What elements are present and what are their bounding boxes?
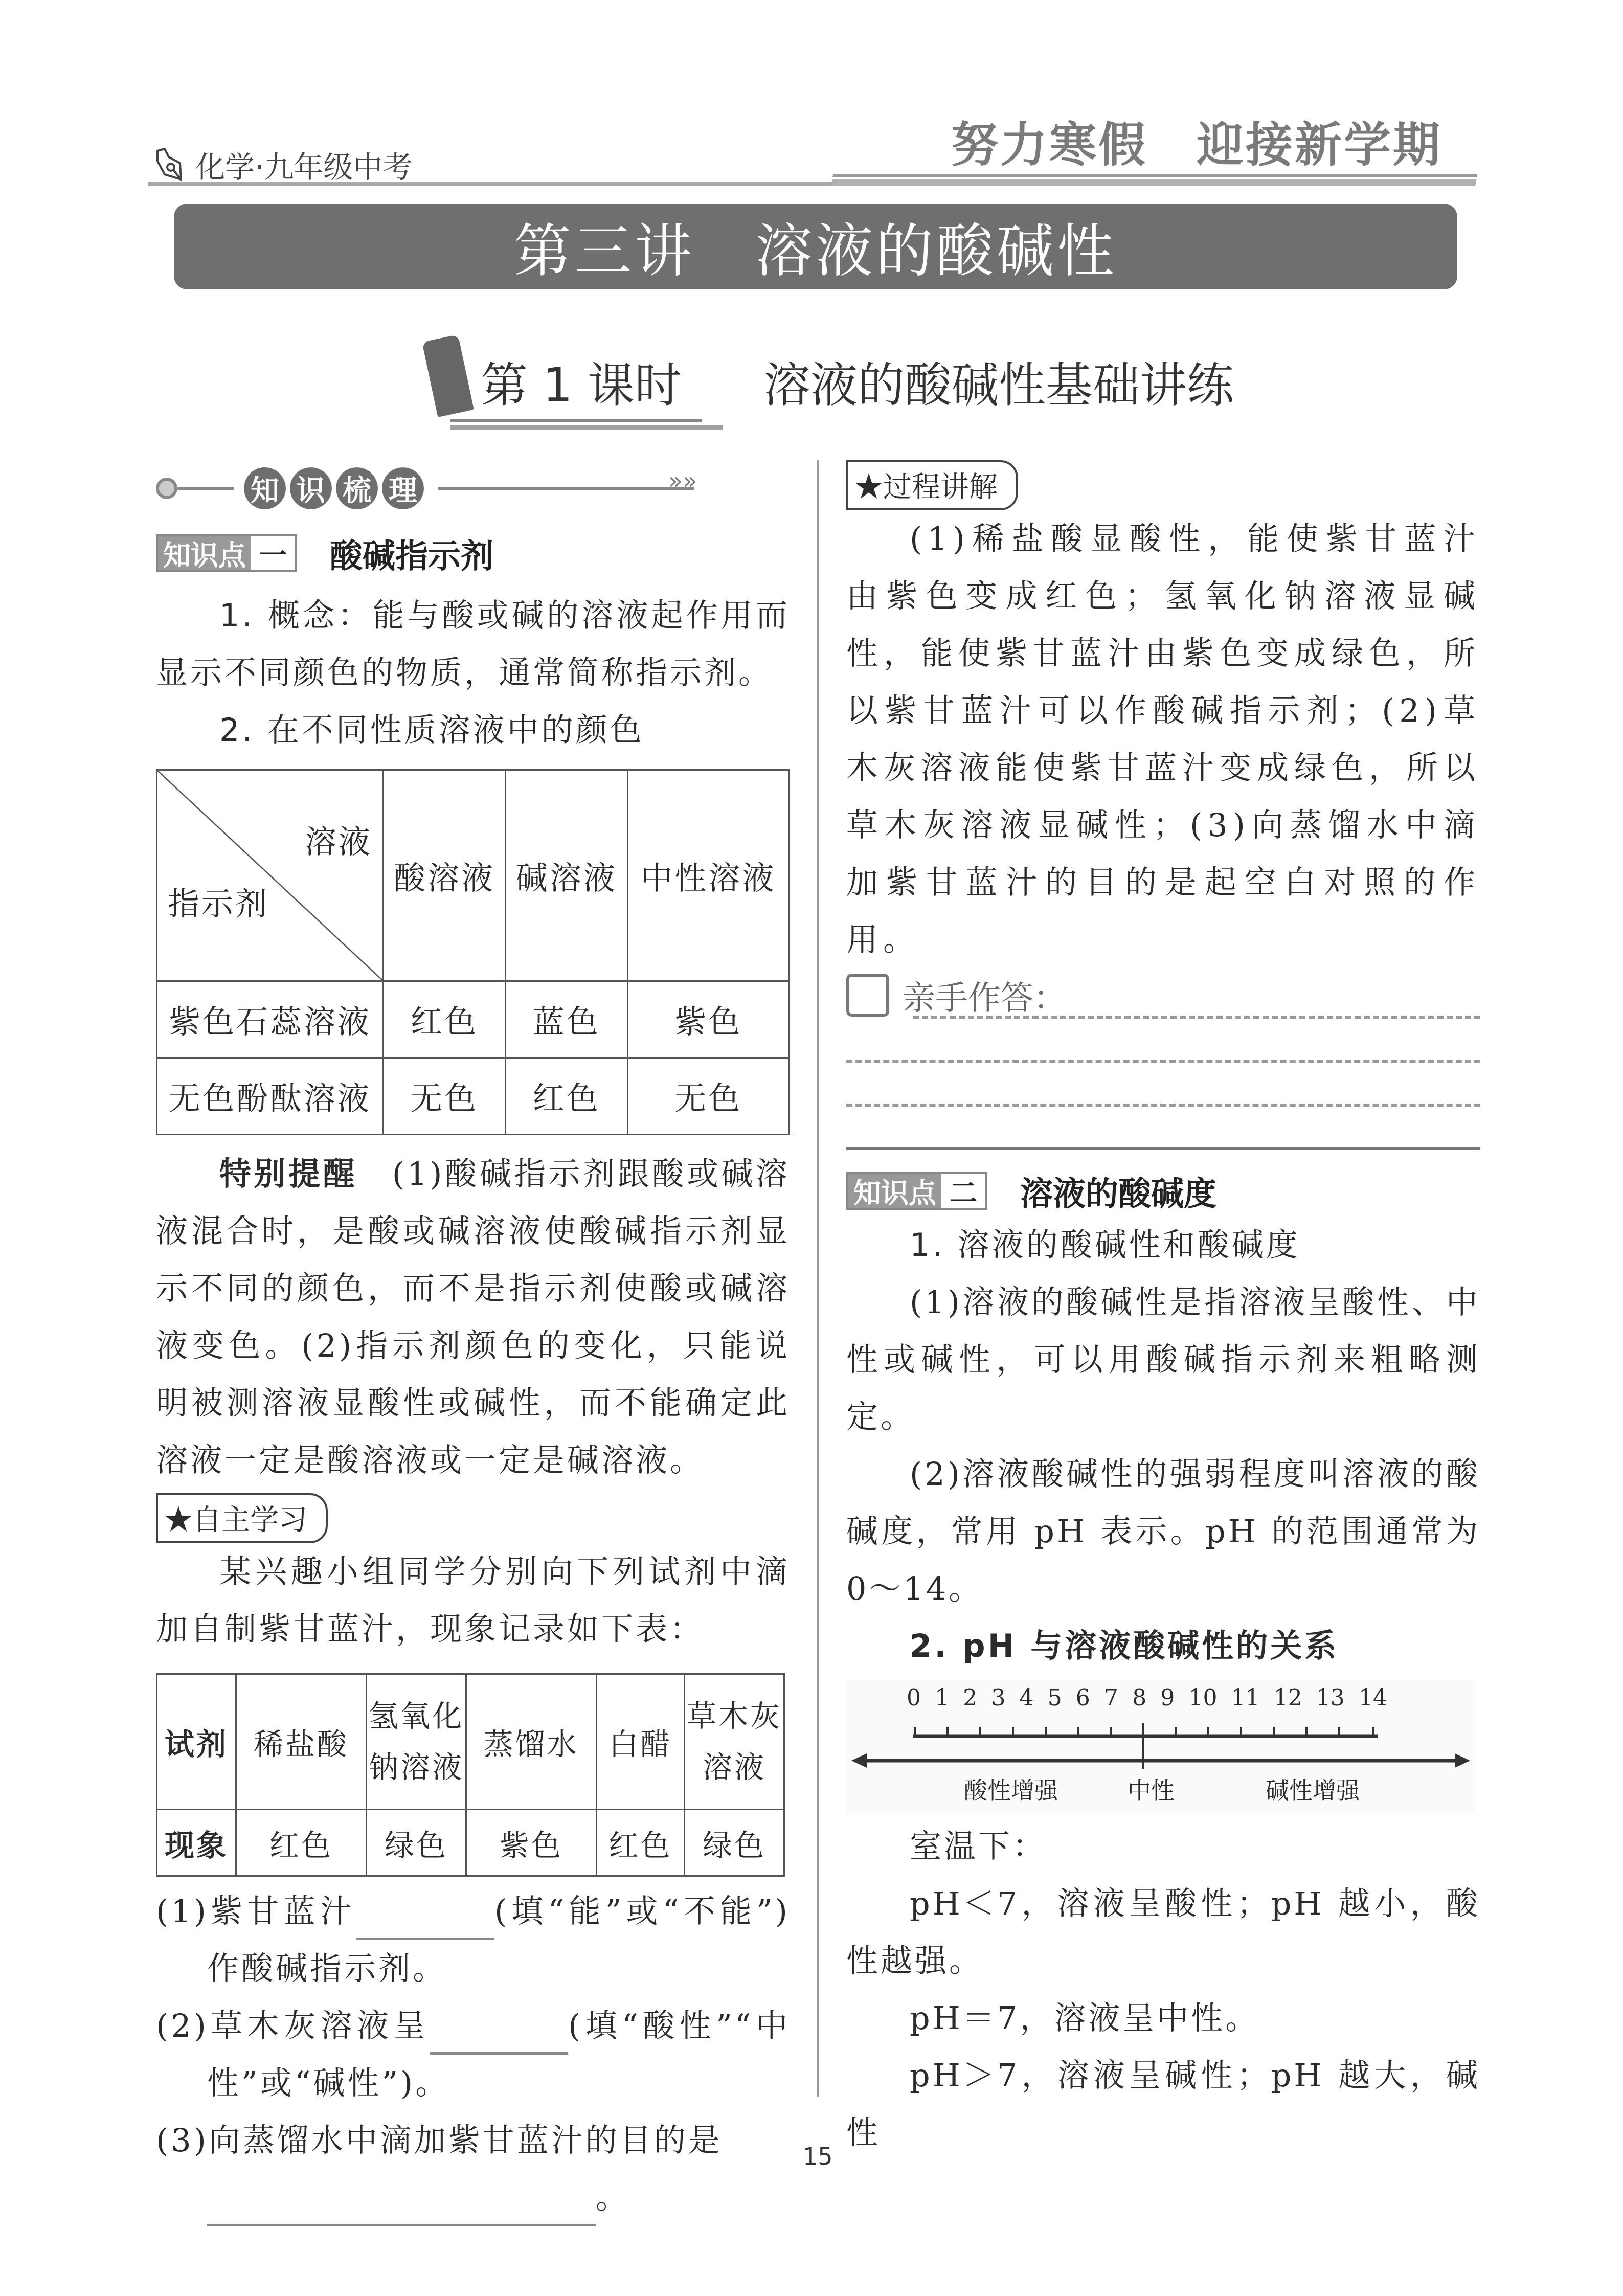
label-acid-stronger: 酸性增强 xyxy=(964,1772,1058,1806)
kp-tag: 知识点 一 xyxy=(156,534,297,572)
ph-tick-labels: 0 1 2 3 4 5 6 7 8 9 10 11 12 13 14 xyxy=(907,1685,1387,1711)
table-cell: 红色 xyxy=(505,1058,627,1135)
edit-pen-icon xyxy=(846,974,889,1017)
observation-cell: 红色 xyxy=(236,1810,367,1876)
subject-label: 化学·九年级中考 xyxy=(195,143,412,186)
answer-area-label: 亲手作答： xyxy=(846,972,1480,1019)
colors-heading: 2. 在不同性质溶液中的颜色 xyxy=(156,702,790,759)
ph-tick: 9 xyxy=(1160,1685,1175,1711)
lesson-subtitle: 溶液的酸碱性基础讲练 xyxy=(763,348,1234,420)
knowledge-point-2: 知识点 二 溶液的酸碱度 xyxy=(846,1165,1480,1217)
banner-rule xyxy=(438,487,694,490)
reagent-cell: 氢氧化钠溶液 xyxy=(366,1674,466,1810)
paragraph-1: (1)溶液的酸碱性是指溶液呈酸性、中性或碱性，可以用酸碱指示剂来粗略测定。 xyxy=(846,1274,1480,1446)
ph-tick: 3 xyxy=(991,1685,1005,1711)
banner-rule xyxy=(177,487,234,490)
ph-tick: 2 xyxy=(963,1685,977,1711)
section-banner-knowledge: 知 识 梳 理 »» xyxy=(156,460,790,516)
lecture-title-bar: 第三讲 溶液的酸碱性 xyxy=(174,204,1457,289)
answer-line[interactable] xyxy=(846,1060,1480,1063)
observation-cell: 红色 xyxy=(596,1810,684,1876)
header-rule-right xyxy=(831,174,1477,186)
kp-tag-label: 知识点 xyxy=(848,1174,941,1208)
ph-tick: 6 xyxy=(1076,1685,1090,1711)
question-text: (3)向蒸馏水中滴加紫甘蓝汁的目的是 xyxy=(156,2122,723,2159)
reagent-table: 试剂 稀盐酸 氢氧化钠溶液 蒸馏水 白醋 草木灰溶液 现象 红色 绿色 紫色 红… xyxy=(156,1673,785,1877)
concept-label: 1. 概念 xyxy=(219,597,337,634)
kp-tag: 知识点 二 xyxy=(846,1172,987,1210)
banner-char: 理 xyxy=(382,467,424,509)
reminder-text: (1)酸碱指示剂跟酸或碱溶液混合时，是酸或碱溶液使酸碱指示剂显示不同的颜色，而不… xyxy=(156,1155,790,1479)
chevrons-icon: »» xyxy=(668,467,697,494)
kp-tag-number: 一 xyxy=(251,536,295,570)
paragraph-2: (2)溶液酸碱性的强弱程度叫溶液的酸碱度，常用 pH 表示。pH 的范围通常为 … xyxy=(846,1446,1480,1617)
row-header: 无色酚酞溶液 xyxy=(157,1058,384,1135)
room-temp-label: 室温下： xyxy=(846,1818,1480,1875)
table-header-row: 试剂 稀盐酸 氢氧化钠溶液 蒸馏水 白醋 草木灰溶液 xyxy=(157,1674,784,1810)
ph-tick: 8 xyxy=(1132,1685,1146,1711)
answer-blank[interactable] xyxy=(430,2052,568,2055)
observation-cell: 绿色 xyxy=(366,1810,466,1876)
kp-title: 溶液的酸碱度 xyxy=(1020,1167,1216,1214)
reagent-cell: 稀盐酸 xyxy=(236,1674,367,1810)
header-subject: 化学·九年级中考 xyxy=(153,143,412,186)
kp-tag-label: 知识点 xyxy=(158,536,251,570)
right-column: ★过程讲解 (1)稀盐酸显酸性，能使紫甘蓝汁由紫色变成红色；氢氧化钠溶液显碱性，… xyxy=(846,460,1480,2162)
reminder-paragraph: 特别提醒 (1)酸碱指示剂跟酸或碱溶液混合时，是酸或碱溶液使酸碱指示剂显示不同的… xyxy=(156,1145,790,1489)
rule-acidic: pH＜7，溶液呈酸性；pH 越小，酸性越强。 xyxy=(846,1875,1480,1990)
question-2: (2)草木灰溶液呈(填“酸性”“中性”或“碱性”)。 xyxy=(156,1997,790,2112)
column-header: 碱溶液 xyxy=(505,770,627,981)
table-cell: 紫色 xyxy=(627,981,789,1058)
answer-blank[interactable] xyxy=(356,1938,494,1940)
ph-tick: 1 xyxy=(935,1685,949,1711)
answer-line[interactable] xyxy=(846,1104,1480,1107)
heading-1: 1. 溶液的酸碱性和酸碱度 xyxy=(846,1217,1480,1274)
answer-blank[interactable] xyxy=(207,2178,596,2226)
column-header: 酸溶液 xyxy=(384,770,506,981)
ph-tick: 12 xyxy=(1274,1685,1302,1711)
indicator-color-table: 溶液 指示剂 酸溶液 碱溶液 中性溶液 紫色石蕊溶液 红色 蓝色 紫色 无色酚酞… xyxy=(156,769,790,1135)
lecture-title: 第三讲 溶液的酸碱性 xyxy=(514,206,1117,288)
label-neutral: 中性 xyxy=(1128,1772,1175,1806)
rule-basic: pH＞7，溶液呈碱性；pH 越大，碱性 xyxy=(846,2047,1480,2162)
reagent-cell: 草木灰溶液 xyxy=(685,1674,784,1810)
rule-neutral: pH＝7，溶液呈中性。 xyxy=(846,1990,1480,2047)
left-column: 知 识 梳 理 »» 知识点 一 酸碱指示剂 1. 概念：能与酸或碱的溶液起作用… xyxy=(156,460,790,2226)
answer-label: 亲手作答： xyxy=(903,972,1066,1019)
observation-cell: 紫色 xyxy=(466,1810,596,1876)
section-rule xyxy=(846,1147,1480,1150)
row-header: 现象 xyxy=(157,1810,236,1876)
ph-tick: 7 xyxy=(1104,1685,1118,1711)
question-3: (3)向蒸馏水中滴加紫甘蓝汁的目的是。 xyxy=(156,2112,790,2226)
lesson-number: 第 1 课时 xyxy=(481,358,682,413)
ph-tick: 14 xyxy=(1359,1685,1387,1711)
process-explanation: (1)稀盐酸显酸性，能使紫甘蓝汁由紫色变成红色；氢氧化钠溶液显碱性，能使紫甘蓝汁… xyxy=(846,510,1480,969)
kp-tag-number: 二 xyxy=(941,1174,985,1208)
table-header-row: 溶液 指示剂 酸溶液 碱溶液 中性溶液 xyxy=(157,770,790,981)
banner-dot-icon xyxy=(156,478,177,499)
heading-2: 2. pH 与溶液酸碱性的关系 xyxy=(846,1617,1480,1675)
banner-char: 梳 xyxy=(336,467,378,509)
ph-tick: 5 xyxy=(1048,1685,1062,1711)
label-base-stronger: 碱性增强 xyxy=(1266,1772,1360,1806)
reagent-cell: 白醋 xyxy=(596,1674,684,1810)
table-row: 无色酚酞溶液 无色 红色 无色 xyxy=(157,1058,790,1135)
row-header: 试剂 xyxy=(157,1674,236,1810)
ph-tick: 4 xyxy=(1020,1685,1034,1711)
observation-cell: 绿色 xyxy=(685,1810,784,1876)
corner-bottom-label: 指示剂 xyxy=(168,879,269,924)
ph-tick: 13 xyxy=(1316,1685,1345,1711)
ph-tick: 0 xyxy=(907,1685,921,1711)
table-row: 紫色石蕊溶液 红色 蓝色 紫色 xyxy=(157,981,790,1058)
process-tag: ★过程讲解 xyxy=(846,460,1018,510)
concept-paragraph: 1. 概念：能与酸或碱的溶液起作用而显示不同颜色的物质，通常简称指示剂。 xyxy=(156,587,790,702)
row-header: 紫色石蕊溶液 xyxy=(157,981,384,1058)
table-row: 现象 红色 绿色 紫色 红色 绿色 xyxy=(157,1810,784,1876)
question-1: (1)紫甘蓝汁(填“能”或“不能”)作酸碱指示剂。 xyxy=(156,1883,790,1997)
ph-tick: 10 xyxy=(1188,1685,1217,1711)
table-cell: 无色 xyxy=(384,1058,506,1135)
column-header: 中性溶液 xyxy=(627,770,789,981)
column-divider xyxy=(817,460,819,2097)
banner-char: 识 xyxy=(290,467,332,509)
ph-tick: 11 xyxy=(1231,1685,1260,1711)
question-text: 。 xyxy=(596,2179,630,2216)
page-number: 15 xyxy=(803,2143,833,2170)
header-slogan: 努力寒假 迎接新学期 xyxy=(951,107,1442,175)
banner-char: 知 xyxy=(244,467,286,509)
reminder-label: 特别提醒 xyxy=(219,1155,357,1192)
table-cell: 无色 xyxy=(627,1058,789,1135)
table-cell: 红色 xyxy=(384,981,506,1058)
pencil-mascot-icon xyxy=(422,334,474,417)
ph-scale-diagram: 0 1 2 3 4 5 6 7 8 9 10 11 12 13 14 酸性增强 … xyxy=(846,1680,1475,1813)
pen-nib-icon xyxy=(153,148,184,182)
lesson-title: 第 1 课时 溶液的酸碱性基础讲练 xyxy=(419,348,1234,420)
reagent-cell: 蒸馏水 xyxy=(466,1674,596,1810)
kp-title: 酸碱指示剂 xyxy=(330,530,493,577)
header-rule-left xyxy=(148,182,833,186)
table-cell: 蓝色 xyxy=(505,981,627,1058)
self-study-intro: 某兴趣小组同学分别向下列试剂中滴加自制紫甘蓝汁，现象记录如下表： xyxy=(156,1543,790,1658)
corner-top-label: 溶液 xyxy=(305,817,372,862)
question-text: (2)草木灰溶液呈 xyxy=(156,2007,430,2044)
knowledge-point-1: 知识点 一 酸碱指示剂 xyxy=(156,528,790,579)
self-study-tag: ★自主学习 xyxy=(156,1493,328,1543)
diagonal-line xyxy=(157,771,382,980)
lesson-number-block: 第 1 课时 xyxy=(419,348,702,420)
question-text: (1)紫甘蓝汁 xyxy=(156,1893,356,1930)
table-corner-cell: 溶液 指示剂 xyxy=(157,770,384,981)
